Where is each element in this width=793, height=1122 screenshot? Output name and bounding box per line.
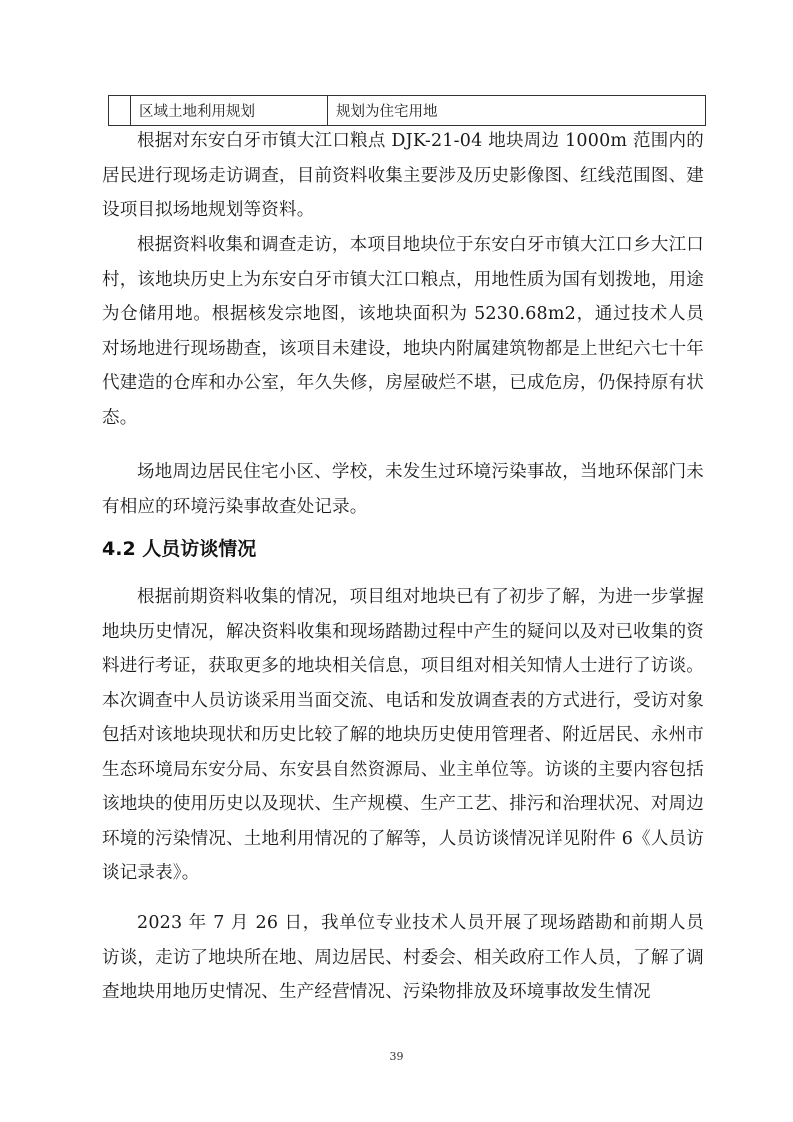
paragraph-interview-method: 根据前期资料收集的情况，项目组对地块已有了初步了解，为进一步掌握地块历史情况，解… bbox=[102, 580, 704, 891]
table-cell-item: 区域土地利用规划 bbox=[131, 96, 328, 126]
table-cell-index bbox=[109, 96, 131, 126]
paragraph-surroundings: 场地周边居民住宅小区、学校，未发生过环境污染事故，当地环保部门未有相应的环境污染… bbox=[102, 455, 704, 524]
paragraph-text: 根据对东安白牙市镇大江口粮点 DJK-21-04 地块周边 1000m 范围内的… bbox=[102, 124, 704, 228]
paragraph-text: 2023 年 7 月 26 日，我单位专业技术人员开展了现场踏勘和前期人员访谈，… bbox=[102, 906, 704, 1010]
paragraph-interview-date: 2023 年 7 月 26 日，我单位专业技术人员开展了现场踏勘和前期人员访谈，… bbox=[102, 906, 704, 1010]
page-number: 39 bbox=[0, 1050, 793, 1063]
paragraph-text: 根据前期资料收集的情况，项目组对地块已有了初步了解，为进一步掌握地块历史情况，解… bbox=[102, 580, 704, 891]
paragraph-site-history: 根据资料收集和调查走访，本项目地块位于东安白牙市镇大江口乡大江口村，该地块历史上… bbox=[102, 228, 704, 435]
table-row: 区域土地利用规划 规划为住宅用地 bbox=[109, 96, 706, 126]
paragraph-survey-scope: 根据对东安白牙市镇大江口粮点 DJK-21-04 地块周边 1000m 范围内的… bbox=[102, 124, 704, 228]
land-use-table-fragment: 区域土地利用规划 规划为住宅用地 bbox=[108, 95, 706, 126]
document-page: 区域土地利用规划 规划为住宅用地 根据对东安白牙市镇大江口粮点 DJK-21-0… bbox=[0, 0, 793, 1122]
section-heading: 4.2 人员访谈情况 bbox=[102, 534, 256, 561]
paragraph-text: 根据资料收集和调查走访，本项目地块位于东安白牙市镇大江口乡大江口村，该地块历史上… bbox=[102, 228, 704, 435]
table-cell-value: 规划为住宅用地 bbox=[328, 96, 706, 126]
paragraph-text: 场地周边居民住宅小区、学校，未发生过环境污染事故，当地环保部门未有相应的环境污染… bbox=[102, 455, 704, 524]
